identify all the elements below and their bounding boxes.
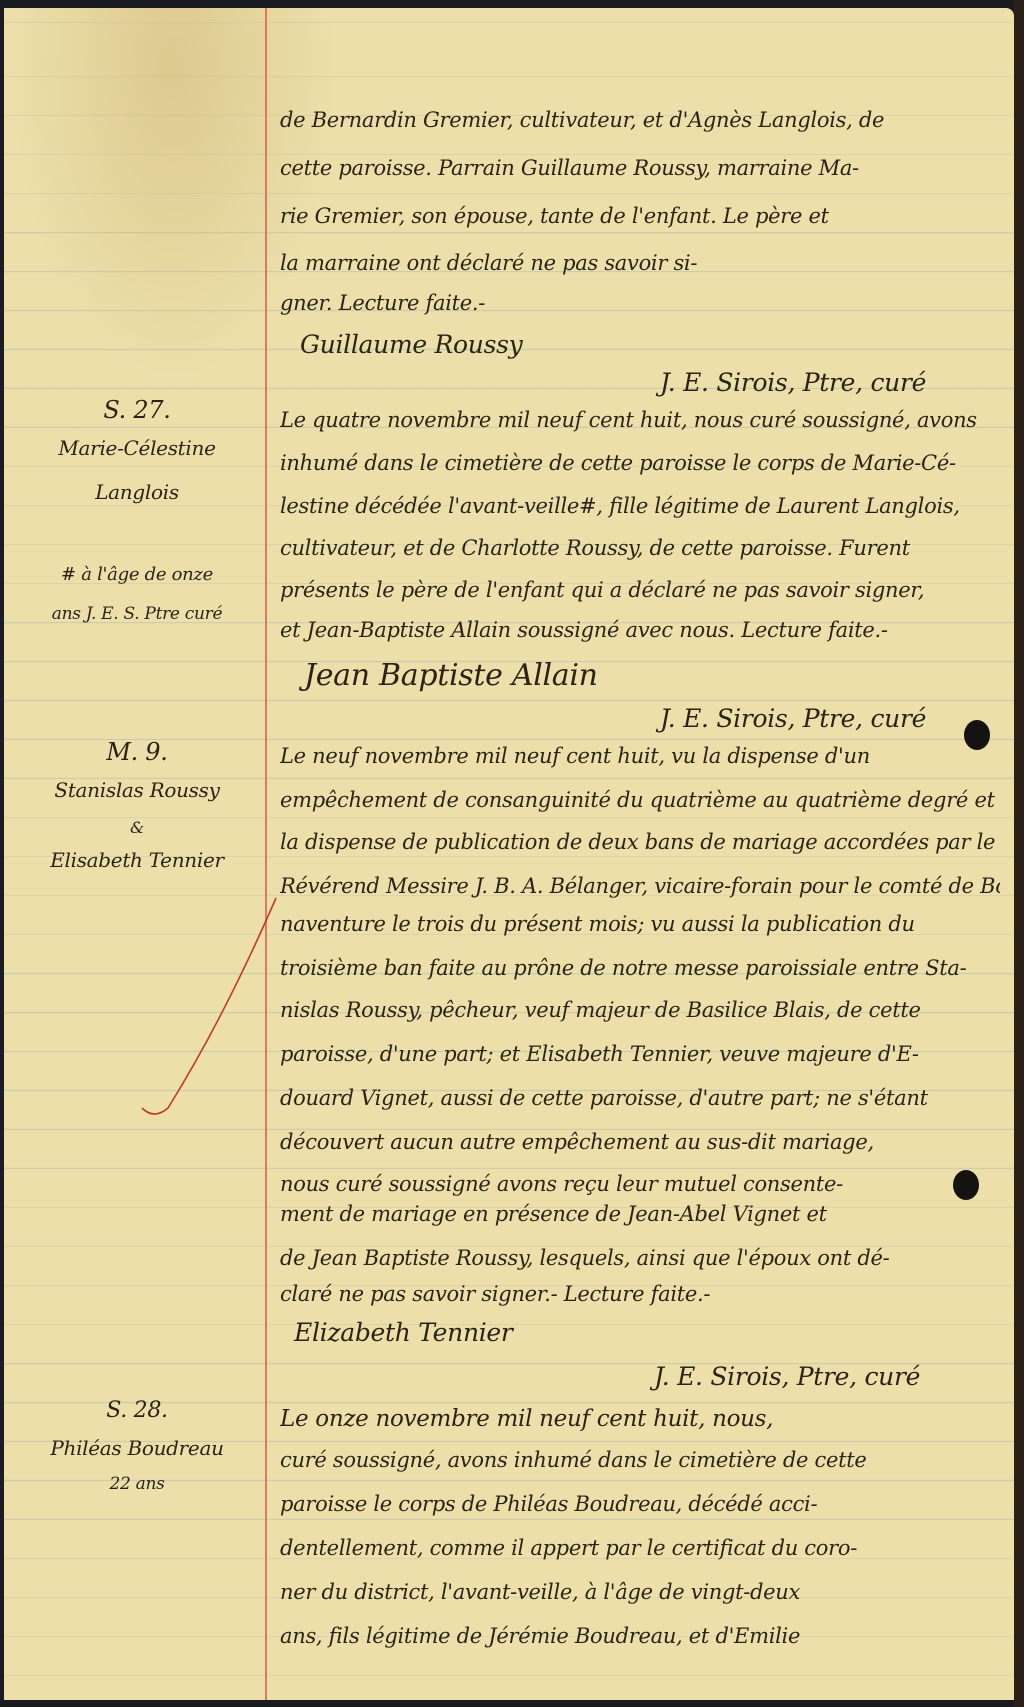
text-line: cette paroisse. Parrain Guillaume Roussy…	[280, 156, 1000, 180]
text-line: curé soussigné, avons inhumé dans le cim…	[280, 1448, 1000, 1472]
text-line: nislas Roussy, pêcheur, veuf majeur de B…	[280, 998, 1000, 1022]
signature-priest: J. E. Sirois, Ptre, curé	[654, 1362, 920, 1391]
margin-name: Marie-Célestine	[12, 436, 262, 460]
text-line: ner du district, l'avant-veille, à l'âge…	[280, 1580, 1000, 1604]
entry-code: S. 27.	[12, 396, 262, 424]
signature-bride: Elizabeth Tennier	[294, 1318, 513, 1347]
check-mark-icon	[134, 888, 284, 1128]
margin-name: &	[12, 818, 262, 837]
margin-note: # à l'âge de onze	[12, 564, 262, 585]
text-line: présents le père de l'enfant qui a décla…	[280, 578, 1000, 602]
text-line: naventure le trois du présent mois; vu a…	[280, 912, 1000, 936]
binder-hole	[964, 720, 990, 750]
signature-priest: J. E. Sirois, Ptre, curé	[660, 368, 926, 397]
entry-code: M. 9.	[12, 738, 262, 766]
page-edge	[1014, 0, 1024, 1707]
text-line: douard Vignet, aussi de cette paroisse, …	[280, 1086, 1000, 1110]
text-line: et Jean-Baptiste Allain soussigné avec n…	[280, 618, 1000, 642]
margin-name: Elisabeth Tennier	[12, 848, 262, 872]
text-line: Le quatre novembre mil neuf cent huit, n…	[280, 408, 1000, 432]
margin-name: Philéas Boudreau	[12, 1436, 262, 1460]
text-line: lestine décédée l'avant-veille#, fille l…	[280, 494, 1000, 518]
margin-rule	[265, 8, 267, 1700]
text-line: dentellement, comme il appert par le cer…	[280, 1536, 1000, 1560]
text-line: ment de mariage en présence de Jean-Abel…	[280, 1202, 1000, 1226]
text-line: troisième ban faite au prône de notre me…	[280, 956, 1000, 980]
text-line: Le neuf novembre mil neuf cent huit, vu …	[280, 744, 1000, 768]
text-line: empêchement de consanguinité du quatrièm…	[280, 788, 1000, 812]
margin-name: Langlois	[12, 480, 262, 504]
margin-name: Stanislas Roussy	[12, 778, 262, 802]
register-page: de Bernardin Gremier, cultivateur, et d'…	[4, 8, 1014, 1700]
signature-witness: Jean Baptiste Allain	[304, 658, 598, 693]
text-line: Révérend Messire J. B. A. Bélanger, vica…	[280, 874, 1000, 898]
text-line: de Bernardin Gremier, cultivateur, et d'…	[280, 108, 1000, 132]
text-line: de Jean Baptiste Roussy, lesquels, ainsi…	[280, 1246, 1000, 1270]
signature-priest: J. E. Sirois, Ptre, curé	[660, 704, 926, 733]
text-line: cultivateur, et de Charlotte Roussy, de …	[280, 536, 1000, 560]
margin-note: ans J. E. S. Ptre curé	[12, 604, 262, 624]
text-line: gner. Lecture faite.-	[280, 291, 1000, 315]
entry-code: S. 28.	[12, 1398, 262, 1423]
text-line: paroisse, d'une part; et Elisabeth Tenni…	[280, 1042, 1000, 1066]
text-line: rie Gremier, son épouse, tante de l'enfa…	[280, 204, 1000, 228]
text-line: la dispense de publication de deux bans …	[280, 830, 1000, 854]
binder-hole	[953, 1170, 979, 1200]
signature-godfather: Guillaume Roussy	[300, 330, 522, 359]
text-line: découvert aucun autre empêchement au sus…	[280, 1130, 1000, 1154]
text-line: Le onze novembre mil neuf cent huit, nou…	[280, 1406, 1000, 1432]
text-line: ans, fils légitime de Jérémie Boudreau, …	[280, 1624, 1000, 1648]
text-line: claré ne pas savoir signer.- Lecture fai…	[280, 1282, 1000, 1306]
margin-age: 22 ans	[12, 1474, 262, 1494]
text-line: paroisse le corps de Philéas Boudreau, d…	[280, 1492, 1000, 1516]
text-line: nous curé soussigné avons reçu leur mutu…	[280, 1172, 1000, 1196]
text-line: inhumé dans le cimetière de cette parois…	[280, 451, 1000, 475]
text-line: la marraine ont déclaré ne pas savoir si…	[280, 251, 1000, 275]
